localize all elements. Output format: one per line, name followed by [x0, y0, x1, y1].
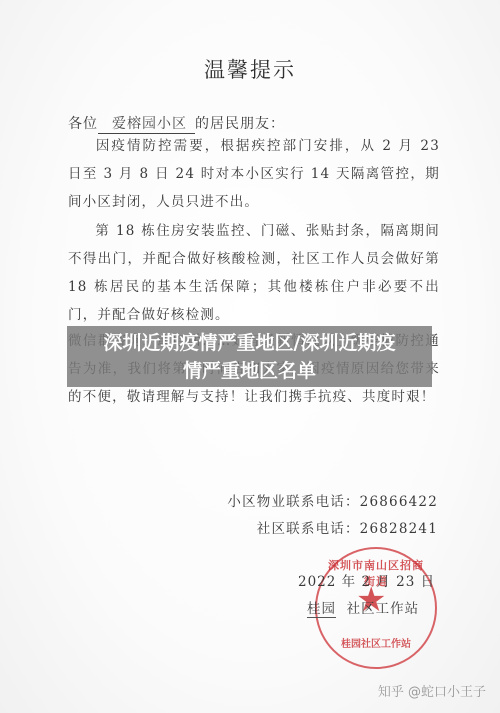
- signature-org: 桂园 社区工作站: [307, 597, 419, 617]
- seal-bottom-text: 桂园社区工作站: [335, 635, 417, 650]
- watermark: 知乎 @蛇口小王子: [378, 681, 486, 700]
- signature-rest: 社区工作站: [347, 601, 420, 617]
- paragraph-building-18: 第 18 栋住房安装监控、门磁、张贴封条，隔离期间不得出门，并配合做好核酸检测，…: [68, 217, 440, 329]
- banner-line-1: 深圳近期疫情严重地区/深圳近期疫: [67, 329, 432, 357]
- headline-overlay-banner: 深圳近期疫情严重地区/深圳近期疫 情严重地区名单: [67, 326, 432, 387]
- paragraph-text: 因疫情防控需要，根据疾控部门安排，从 2 月 23 日至 3 月 8 日 24 …: [68, 138, 440, 210]
- paragraph-text: 第 18 栋住房安装监控、门磁、张贴封条，隔离期间不得出门，并配合做好核酸检测，…: [68, 223, 440, 323]
- community-name: 爱榕园小区: [98, 113, 195, 134]
- notice-date: 2022 年 2 月 23 日: [298, 570, 435, 590]
- paragraph-lockdown: 因疫情防控需要，根据疾控部门安排，从 2 月 23 日至 3 月 8 日 24 …: [68, 132, 440, 216]
- greeting-line: 各位爱榕园小区的居民朋友：: [68, 113, 285, 134]
- document-page: 温馨提示 各位爱榕园小区的居民朋友： 因疫情防控需要，根据疾控部门安排，从 2 …: [0, 0, 500, 713]
- greeting-suffix: 的居民朋友：: [195, 116, 285, 132]
- greeting-prefix: 各位: [68, 116, 98, 132]
- banner-line-2: 情严重地区名单: [67, 357, 432, 385]
- community-phone: 社区联系电话：26828241: [257, 517, 438, 537]
- notice-title: 温馨提示: [0, 54, 500, 84]
- signature-underlined: 桂园: [307, 601, 336, 618]
- property-phone: 小区物业联系电话：26866422: [227, 490, 438, 510]
